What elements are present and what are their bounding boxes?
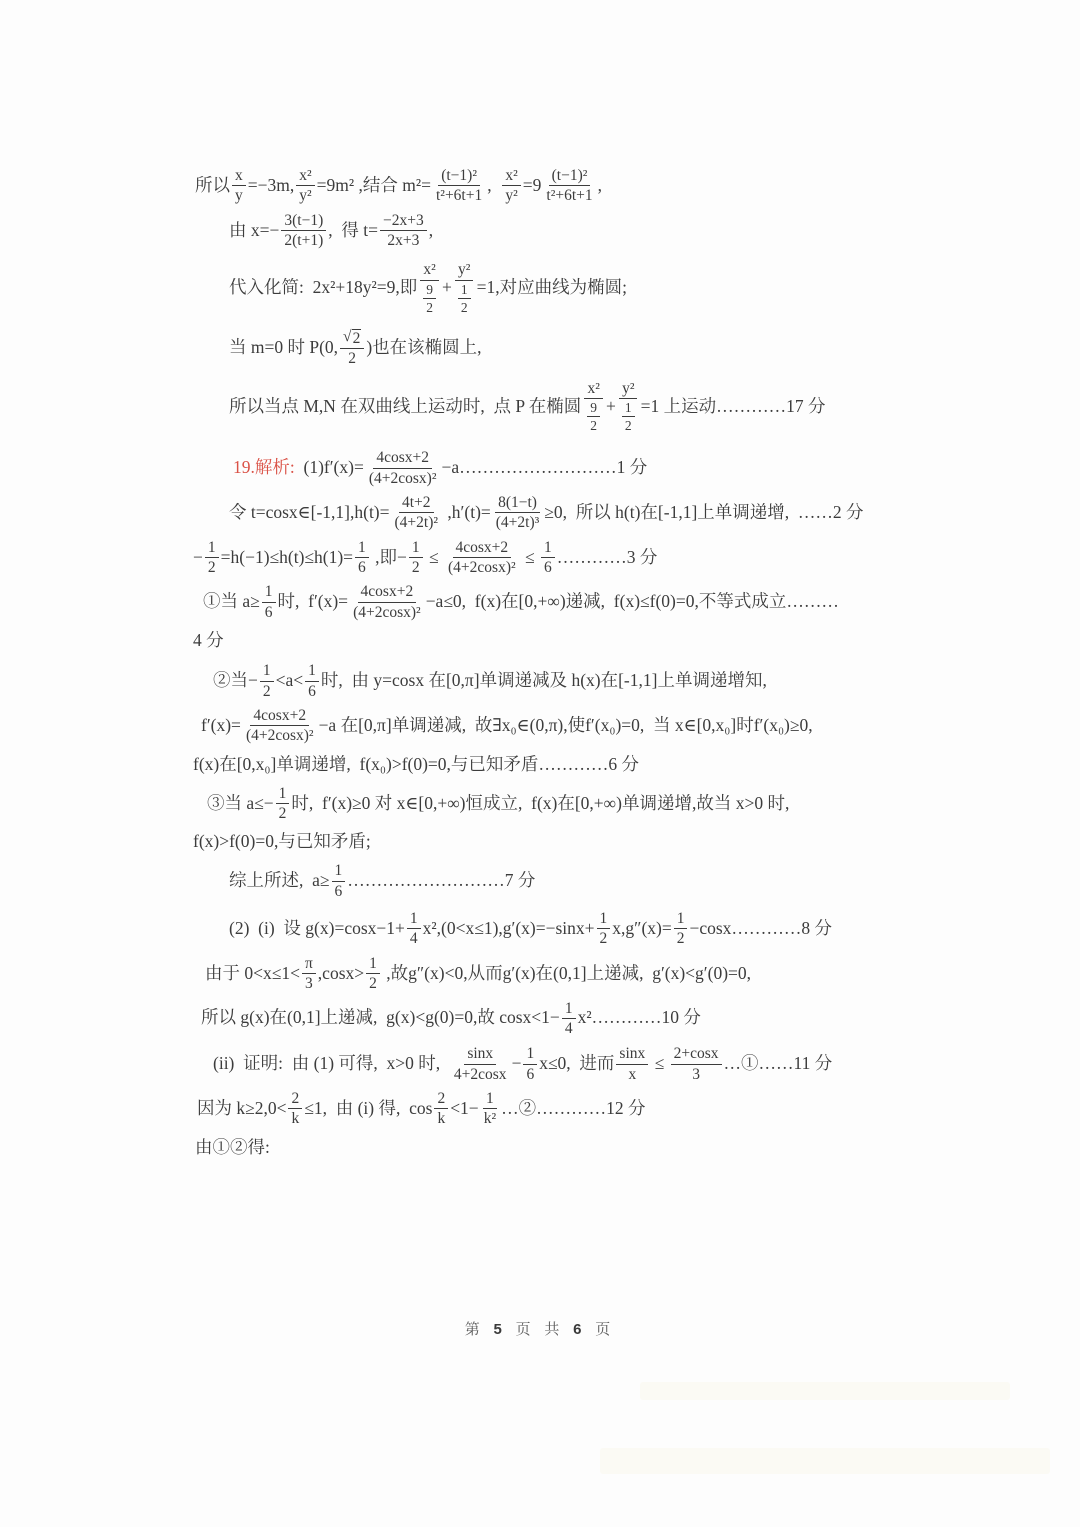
- text-run: 所以: [195, 175, 230, 197]
- text-run: x²: [299, 167, 311, 184]
- fraction-numerator: 1: [483, 1090, 497, 1109]
- fraction: 16: [305, 662, 319, 700]
- fraction-denominator: 2(t+1): [281, 231, 326, 249]
- fraction-denominator: (4+2t)²: [392, 513, 442, 531]
- text-run: 2: [677, 930, 685, 947]
- text-run: 时, f′(x)≥0 对 x∈[0,+∞)恒成立, f(x)在[0,+∞)单调递…: [291, 793, 789, 815]
- fraction-denominator: 4: [407, 929, 421, 947]
- text-run: 2: [412, 559, 420, 576]
- fraction-numerator: y²: [455, 261, 473, 280]
- text-run: −2x+3: [383, 212, 424, 229]
- text-run: −a 在[0,π]单调递减, 故∃x₀∈(0,π),使f′(x₀)=0, 当 x…: [319, 715, 813, 737]
- text-run: 2: [369, 975, 377, 992]
- text-run: 2+cosx: [674, 1045, 719, 1062]
- text-run: (ii) 证明: 由 (1) 可得, x>0 时,: [213, 1053, 449, 1075]
- fraction: 4cosx+2(4+2cosx)²: [366, 449, 440, 487]
- text-run: 3(t−1): [284, 212, 323, 229]
- fraction-denominator: (4+2cosx)²: [445, 558, 519, 576]
- text-run: (t−1)²: [441, 167, 477, 184]
- faint-watermark: [640, 1382, 1010, 1400]
- text-run: 6: [358, 559, 366, 576]
- fraction-numerator: 1: [562, 1000, 576, 1019]
- text-run: 2: [208, 559, 216, 576]
- text-run: 2: [291, 1090, 299, 1107]
- text-run: 1: [677, 910, 685, 927]
- fraction-denominator: 6: [541, 558, 555, 576]
- fraction-numerator: x: [232, 167, 246, 186]
- text-run: x²…………10 分: [578, 1007, 701, 1029]
- fraction-denominator: 2: [205, 558, 219, 576]
- fraction-numerator: 2: [434, 1090, 448, 1109]
- sqrt-content: 2: [352, 329, 362, 347]
- text-run: 1: [369, 955, 377, 972]
- highlighted-text: 19.解析:: [233, 457, 295, 479]
- text-run: ,h′(t)=: [443, 502, 491, 524]
- math-line-22: 由①②得:: [193, 1134, 913, 1162]
- fraction: 16: [332, 862, 346, 900]
- math-line-8: −12=h(−1)≤h(t)≤h(1)=16 ,即−12 ≤ 4cosx+2(4…: [193, 538, 913, 578]
- text-run: ③当 a≤−: [207, 793, 274, 815]
- text-run: 1: [335, 862, 343, 879]
- fraction-numerator: 1: [262, 583, 276, 602]
- fraction: 16: [523, 1045, 537, 1083]
- fraction-numerator: sinx: [616, 1045, 648, 1064]
- fraction-denominator: 6: [262, 603, 276, 621]
- math-line-5: 所以当点 M,N 在双曲线上运动时, 点 P 在椭圆x²92+y²12=1 上运…: [193, 379, 913, 435]
- fraction-denominator: y: [232, 186, 246, 204]
- text-run: t²+6t+1: [436, 187, 482, 204]
- text-run: 4cosx+2: [456, 539, 509, 556]
- fraction-numerator: sinx: [464, 1045, 496, 1064]
- text-run: 2: [279, 805, 287, 822]
- text-run: …………3 分: [557, 547, 658, 569]
- fraction-denominator: t²+6t+1: [543, 186, 595, 204]
- fraction-numerator: 4cosx+2: [453, 539, 512, 558]
- text-run: 4 分: [193, 630, 224, 652]
- text-run: 代入化简: 2x²+18y²=9,即: [229, 277, 417, 299]
- text-run: (1)f′(x)=: [295, 457, 364, 479]
- text-run: +: [606, 396, 616, 418]
- text-run: +: [442, 277, 452, 299]
- fraction-numerator: (t−1)²: [549, 167, 591, 186]
- text-run: 3: [305, 975, 313, 992]
- fraction-denominator: t²+6t+1: [433, 186, 485, 204]
- faint-watermark: [600, 1448, 1050, 1474]
- text-run: ,故g″(x)<0,从而g′(x)在(0,1]上递减, g′(x)<g′(0)=…: [382, 963, 751, 985]
- sqrt-radical: 2: [343, 329, 361, 347]
- text-run: y²: [458, 261, 470, 278]
- fraction: 16: [262, 583, 276, 621]
- text-run: …②…………12 分: [501, 1098, 645, 1120]
- fraction-denominator: x: [625, 1065, 639, 1083]
- fraction-numerator: 1: [541, 539, 555, 558]
- text-run: 1: [461, 282, 468, 297]
- fraction: 92: [587, 400, 600, 433]
- footer-prefix: 第: [465, 1322, 485, 1338]
- fraction-denominator: 2: [409, 558, 423, 576]
- text-run: y: [235, 187, 243, 204]
- text-run: 6: [526, 1066, 534, 1083]
- fraction-denominator: 6: [305, 682, 319, 700]
- math-line-1: 所以xy=−3m,x²y²=9m² ,结合 m²=(t−1)²t²+6t+1, …: [193, 166, 913, 206]
- fraction-numerator: 4cosx+2: [373, 449, 432, 468]
- math-line-3: 代入化简: 2x²+18y²=9,即x²92+y²12=1,对应曲线为椭圆;: [193, 260, 913, 316]
- text-run: f(x)>f(0)=0,与已知矛盾;: [193, 831, 371, 853]
- fraction-numerator: 1: [407, 910, 421, 929]
- text-run: 1: [265, 583, 273, 600]
- fraction-denominator: 92: [583, 399, 604, 433]
- text-run: y²: [622, 380, 634, 397]
- math-line-14: ③当 a≤−12时, f′(x)≥0 对 x∈[0,+∞)恒成立, f(x)在[…: [193, 784, 913, 824]
- text-run: 时, f′(x)=: [278, 591, 349, 613]
- fraction: 12: [674, 910, 688, 948]
- fraction-numerator: x²: [296, 167, 314, 186]
- text-run: =1,对应曲线为椭圆;: [477, 277, 627, 299]
- text-run: 综上所述, a≥: [229, 870, 330, 892]
- document-page: 所以xy=−3m,x²y²=9m² ,结合 m²=(t−1)²t²+6t+1, …: [0, 0, 1080, 1527]
- text-run: 2: [263, 683, 271, 700]
- text-run: 4: [565, 1020, 573, 1037]
- text-run: k: [291, 1110, 299, 1127]
- fraction-denominator: 2: [587, 417, 600, 433]
- fraction: x²92: [419, 261, 440, 315]
- fraction: 4cosx+2(4+2cosx)²: [350, 583, 424, 621]
- text-run: −: [512, 1053, 522, 1075]
- text-run: 1: [410, 910, 418, 927]
- fraction: xy: [232, 167, 246, 205]
- fraction-numerator: 4t+2: [399, 494, 434, 513]
- fraction-denominator: (4+2t)³: [493, 513, 543, 531]
- text-run: ≤: [521, 547, 539, 569]
- text-run: 2: [590, 418, 597, 433]
- fraction: 12: [458, 282, 471, 315]
- footer-mid: 页 共: [516, 1322, 565, 1338]
- text-run: π: [305, 955, 313, 972]
- text-run: 9: [426, 282, 433, 297]
- fraction-numerator: 3(t−1): [281, 212, 326, 231]
- fraction-numerator: 4cosx+2: [250, 707, 309, 726]
- text-run: k²: [484, 1110, 496, 1127]
- math-line-6: 19.解析: (1)f′(x)=4cosx+2(4+2cosx)²−a………………: [193, 448, 913, 488]
- fraction-numerator: 1: [409, 539, 423, 558]
- fraction: y²12: [454, 261, 475, 315]
- fraction: 12: [276, 785, 290, 823]
- text-run: (4+2cosx)²: [353, 604, 421, 621]
- text-run: −: [193, 547, 203, 569]
- fraction-numerator: (t−1)²: [438, 167, 480, 186]
- text-run: 4cosx+2: [376, 449, 429, 466]
- text-run: 9: [590, 400, 597, 415]
- fraction: 3(t−1)2(t+1): [281, 212, 326, 250]
- text-run: =9: [523, 175, 542, 197]
- math-line-11: ②当−12<a<16时, 由 y=cosx 在[0,π]单调递减及 h(x)在[…: [193, 661, 913, 701]
- text-run: x²,(0<x≤1),g′(x)=−sinx+: [423, 918, 595, 940]
- text-run: ,cosx>: [318, 963, 364, 985]
- text-run: ,: [598, 175, 602, 197]
- fraction-denominator: 2: [276, 804, 290, 822]
- text-run: ≤1, 由 (i) 得, cos: [304, 1098, 432, 1120]
- text-run: ≥0, 所以 h(t)在[-1,1]上单调递增, ……2 分: [544, 502, 863, 524]
- text-run: ①当 a≥: [203, 591, 260, 613]
- fraction: 14: [407, 910, 421, 948]
- fraction: 2k: [288, 1090, 302, 1128]
- text-run: ,即−: [371, 547, 407, 569]
- fraction: 12: [622, 400, 635, 433]
- math-line-13: f(x)在[0,x₀]单调递增, f(x₀)>f(0)=0,与已知矛盾…………6…: [193, 751, 913, 779]
- fraction-numerator: 8(1−t): [495, 494, 540, 513]
- text-run: (2) (i) 设 g(x)=cosx−1+: [229, 918, 405, 940]
- fraction-denominator: k²: [481, 1109, 499, 1127]
- text-run: sinx: [467, 1045, 493, 1062]
- fraction: x²92: [583, 380, 604, 434]
- fraction-denominator: 6: [523, 1065, 537, 1083]
- text-run: x²: [505, 167, 517, 184]
- text-run: 1: [544, 539, 552, 556]
- text-run: 4cosx+2: [253, 707, 306, 724]
- fraction: sinxx: [616, 1045, 648, 1083]
- fraction-numerator: 1: [523, 1045, 537, 1064]
- math-line-19: 所以 g(x)在(0,1]上递减, g(x)<g(0)=0,故 cosx<1−1…: [193, 999, 913, 1039]
- fraction-numerator: 1: [305, 662, 319, 681]
- text-run: x²: [587, 380, 599, 397]
- math-line-10: 4 分: [193, 627, 913, 655]
- text-run: x≤0, 进而: [539, 1053, 614, 1075]
- fraction-numerator: 2+cosx: [671, 1045, 722, 1064]
- text-run: (t−1)²: [552, 167, 588, 184]
- text-run: (4+2t)³: [496, 514, 540, 531]
- page-footer: 第 5 页 共 6 页: [0, 1318, 1080, 1339]
- fraction-numerator: 1: [260, 662, 274, 681]
- text-run: x: [235, 167, 243, 184]
- text-run: ≤: [425, 547, 443, 569]
- text-run: (4+2cosx)²: [448, 559, 516, 576]
- text-run: 由于 0<x≤1<: [205, 963, 300, 985]
- fraction: x²y²: [502, 167, 520, 205]
- fraction-denominator: (4+2cosx)²: [350, 603, 424, 621]
- text-run: 2: [426, 300, 433, 315]
- text-run: 1: [279, 785, 287, 802]
- fraction-denominator: 2: [674, 929, 688, 947]
- fraction: sinx4+2cosx: [451, 1045, 510, 1083]
- fraction-denominator: 12: [618, 399, 639, 433]
- fraction-denominator: 2: [458, 299, 471, 315]
- fraction: π3: [302, 955, 316, 993]
- fraction-denominator: (4+2cosx)²: [366, 469, 440, 487]
- solution-body: 所以xy=−3m,x²y²=9m² ,结合 m²=(t−1)²t²+6t+1, …: [193, 166, 913, 1167]
- math-line-20: (ii) 证明: 由 (1) 可得, x>0 时, sinx4+2cosx−16…: [193, 1044, 913, 1084]
- fraction-numerator: y²: [619, 380, 637, 399]
- text-run: 1: [412, 539, 420, 556]
- fraction-numerator: 1: [458, 282, 471, 299]
- text-run: 6: [265, 604, 273, 621]
- text-run: =1 上运动…………17 分: [641, 396, 826, 418]
- text-run: ………………………7 分: [347, 870, 535, 892]
- fraction-denominator: k: [434, 1109, 448, 1127]
- fraction-denominator: 2: [345, 349, 359, 367]
- fraction-numerator: 1: [622, 400, 635, 417]
- text-run: 2: [348, 350, 356, 367]
- fraction-numerator: x²: [420, 261, 438, 280]
- footer-page-number: 5: [494, 1321, 507, 1338]
- fraction-denominator: (4+2cosx)²: [243, 726, 317, 744]
- text-run: 1: [263, 662, 271, 679]
- text-run: x,g″(x)=: [612, 918, 671, 940]
- fraction-numerator: −2x+3: [380, 212, 427, 231]
- fraction-denominator: 3: [302, 974, 316, 992]
- text-run: y²: [299, 187, 311, 204]
- text-run: 1: [358, 539, 366, 556]
- fraction-denominator: 2: [597, 929, 611, 947]
- fraction-denominator: 4: [562, 1019, 576, 1037]
- fraction: 12: [205, 539, 219, 577]
- fraction-denominator: y²: [502, 186, 520, 204]
- text-run: (4+2t)²: [395, 514, 439, 531]
- text-run: k: [437, 1110, 445, 1127]
- math-line-21: 因为 k≥2,0<2k≤1, 由 (i) 得, cos2k<1−1k²…②…………: [193, 1089, 913, 1129]
- fraction-numerator: 1: [597, 910, 611, 929]
- text-run: 6: [544, 559, 552, 576]
- text-run: <a<: [276, 670, 304, 692]
- text-run: (4+2cosx)²: [246, 727, 314, 744]
- text-run: 6: [308, 683, 316, 700]
- fraction-numerator: 2: [340, 329, 364, 349]
- fraction: 2k: [434, 1090, 448, 1128]
- fraction-numerator: x²: [584, 380, 602, 399]
- fraction: y²12: [618, 380, 639, 434]
- math-line-7: 令 t=cosx∈[-1,1],h(t)=4t+2(4+2t)² ,h′(t)=…: [193, 493, 913, 533]
- text-run: 8(1−t): [498, 494, 537, 511]
- text-run: −cosx…………8 分: [689, 918, 832, 940]
- fraction-numerator: 9: [587, 400, 600, 417]
- fraction-numerator: x²: [502, 167, 520, 186]
- fraction-numerator: 1: [355, 539, 369, 558]
- fraction-denominator: y²: [296, 186, 314, 204]
- text-run: 由 x=−: [229, 220, 279, 242]
- fraction-denominator: 2: [622, 417, 635, 433]
- fraction: 16: [541, 539, 555, 577]
- fraction: 12: [366, 955, 380, 993]
- text-run: …①……11 分: [724, 1053, 833, 1075]
- fraction-numerator: 1: [205, 539, 219, 558]
- footer-total-pages: 6: [573, 1321, 586, 1338]
- text-run: ≤: [650, 1053, 668, 1075]
- text-run: (4+2cosx)²: [369, 470, 437, 487]
- fraction-denominator: 2: [366, 974, 380, 992]
- text-run: 2(t+1): [284, 232, 323, 249]
- text-run: <1−: [450, 1098, 479, 1120]
- fraction-denominator: 6: [332, 882, 346, 900]
- text-run: y²: [505, 187, 517, 204]
- fraction: 1k²: [481, 1090, 499, 1128]
- text-run: 6: [335, 883, 343, 900]
- fraction: 14: [562, 1000, 576, 1038]
- fraction-numerator: 1: [276, 785, 290, 804]
- fraction: 16: [355, 539, 369, 577]
- text-run: −a………………………1 分: [441, 457, 647, 479]
- text-run: ,: [429, 220, 433, 242]
- fraction-numerator: 1: [674, 910, 688, 929]
- text-run: 3: [692, 1066, 700, 1083]
- text-run: 2: [625, 418, 632, 433]
- text-run: f(x)在[0,x₀]单调递增, f(x₀)>f(0)=0,与已知矛盾…………6…: [193, 754, 639, 776]
- fraction: −2x+32x+3: [380, 212, 427, 250]
- fraction: 92: [423, 282, 436, 315]
- fraction: 4cosx+2(4+2cosx)²: [445, 539, 519, 577]
- text-run: 2: [461, 300, 468, 315]
- math-line-2: 由 x=−3(t−1)2(t+1), 得 t=−2x+32x+3,: [193, 211, 913, 251]
- text-run: 4+2cosx: [454, 1066, 507, 1083]
- text-run: 1: [208, 539, 216, 556]
- text-run: 1: [486, 1090, 494, 1107]
- footer-suffix: 页: [595, 1322, 615, 1338]
- fraction-denominator: 6: [355, 558, 369, 576]
- text-run: =9m² ,结合 m²=: [317, 175, 431, 197]
- math-line-4: 当 m=0 时 P(0,22)也在该椭圆上,: [193, 328, 913, 369]
- math-line-12: f′(x)=4cosx+2(4+2cosx)²−a 在[0,π]单调递减, 故∃…: [193, 706, 913, 746]
- text-run: 1: [600, 910, 608, 927]
- text-run: 4cosx+2: [361, 583, 414, 600]
- text-run: ②当−: [213, 670, 258, 692]
- math-line-16: 综上所述, a≥16………………………7 分: [193, 861, 913, 901]
- text-run: x: [628, 1066, 636, 1083]
- text-run: 所以 g(x)在(0,1]上递减, g(x)<g(0)=0,故 cosx<1−: [201, 1007, 560, 1029]
- text-run: 当 m=0 时 P(0,: [229, 337, 338, 359]
- fraction: 12: [409, 539, 423, 577]
- math-line-15: f(x)>f(0)=0,与已知矛盾;: [193, 828, 913, 856]
- text-run: sinx: [619, 1045, 645, 1062]
- text-run: 时, 由 y=cosx 在[0,π]单调递减及 h(x)在[-1,1]上单调递增…: [321, 670, 767, 692]
- math-line-9: ①当 a≥16时, f′(x)=4cosx+2(4+2cosx)²−a≤0, f…: [193, 582, 913, 622]
- text-run: x²: [423, 261, 435, 278]
- fraction: 12: [260, 662, 274, 700]
- text-run: f′(x)=: [201, 715, 241, 737]
- fraction-denominator: 2: [423, 299, 436, 315]
- fraction-numerator: 9: [423, 282, 436, 299]
- fraction: (t−1)²t²+6t+1: [543, 167, 595, 205]
- fraction: 4t+2(4+2t)²: [392, 494, 442, 532]
- math-line-18: 由于 0<x≤1<π3,cosx>12 ,故g″(x)<0,从而g′(x)在(0…: [193, 954, 913, 994]
- fraction-numerator: π: [302, 955, 316, 974]
- text-run: 4: [410, 930, 418, 947]
- fraction-denominator: 4+2cosx: [451, 1065, 510, 1083]
- fraction: 4cosx+2(4+2cosx)²: [243, 707, 317, 745]
- fraction-denominator: 3: [689, 1065, 703, 1083]
- text-run: 4t+2: [402, 494, 431, 511]
- text-run: , 得 t=: [328, 220, 378, 242]
- fraction: x²y²: [296, 167, 314, 205]
- fraction-denominator: 2x+3: [384, 231, 422, 249]
- fraction-denominator: k: [288, 1109, 302, 1127]
- fraction-numerator: 2: [288, 1090, 302, 1109]
- fraction-numerator: 1: [332, 862, 346, 881]
- text-run: 所以当点 M,N 在双曲线上运动时, 点 P 在椭圆: [229, 396, 581, 418]
- fraction-denominator: 2: [260, 682, 274, 700]
- fraction-denominator: 12: [454, 281, 475, 315]
- math-line-17: (2) (i) 设 g(x)=cosx−1+14x²,(0<x≤1),g′(x)…: [193, 909, 913, 949]
- text-run: 2: [437, 1090, 445, 1107]
- fraction-numerator: 4cosx+2: [358, 583, 417, 602]
- text-run: 2x+3: [387, 232, 419, 249]
- text-run: 19.解析:: [233, 457, 295, 477]
- text-run: 2: [600, 930, 608, 947]
- text-run: )也在该椭圆上,: [366, 337, 481, 359]
- text-run: 1: [308, 662, 316, 679]
- fraction: 22: [340, 329, 364, 368]
- fraction-denominator: 92: [419, 281, 440, 315]
- text-run: =h(−1)≤h(t)≤h(1)=: [221, 547, 353, 569]
- fraction: 12: [597, 910, 611, 948]
- fraction: (t−1)²t²+6t+1: [433, 167, 485, 205]
